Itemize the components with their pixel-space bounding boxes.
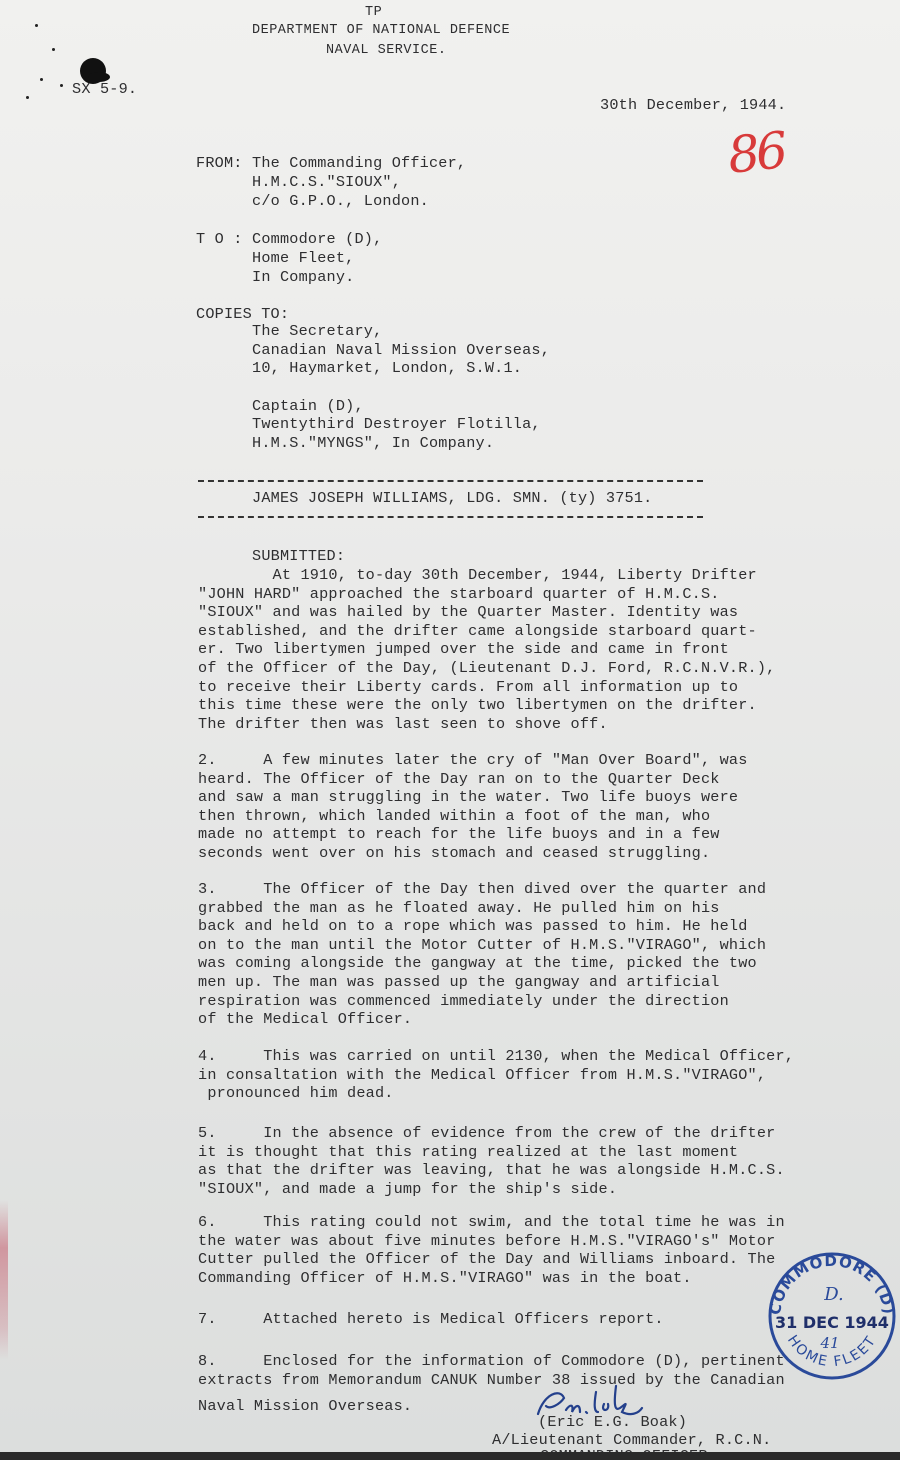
to-label: T O :: [196, 230, 243, 248]
paragraph-line: the water was about five minutes before …: [198, 1232, 775, 1250]
speck: [60, 84, 63, 87]
paragraph-line: it is thought that this rating realized …: [198, 1143, 738, 1161]
stamp-initial: D.: [823, 1284, 844, 1305]
copies-line: Twentythird Destroyer Flotilla,: [252, 415, 541, 433]
paragraph-line: Cutter pulled the Officer of the Day and…: [198, 1250, 775, 1268]
divider-line: [198, 516, 703, 518]
to-line: In Company.: [252, 268, 354, 286]
copies-line: Captain (D),: [252, 397, 364, 415]
paragraph-line: seconds went over on his stomach and cea…: [198, 844, 710, 862]
copies-label: COPIES TO:: [196, 305, 289, 323]
handwritten-number: 86: [726, 125, 787, 181]
paragraph-line: this time these were the only two libert…: [198, 696, 757, 714]
speck: [40, 78, 43, 81]
paragraph-line: Commanding Officer of H.M.S."VIRAGO" was…: [198, 1269, 692, 1287]
paragraph-line: to receive their Liberty cards. From all…: [198, 678, 738, 696]
paragraph-line: 4. This was carried on until 2130, when …: [198, 1047, 794, 1065]
paragraph-line: established, and the drifter came alongs…: [198, 622, 757, 640]
divider-line: [198, 480, 703, 482]
stamp-number: 41: [819, 1334, 839, 1352]
paragraph-line: 2. A few minutes later the cry of "Man O…: [198, 751, 748, 769]
from-line: H.M.C.S."SIOUX",: [252, 173, 401, 191]
to-line: Home Fleet,: [252, 249, 354, 267]
copies-line: Canadian Naval Mission Overseas,: [252, 341, 550, 359]
submitted-label: SUBMITTED:: [252, 547, 345, 565]
paragraph-line: men up. The man was passed up the gangwa…: [198, 973, 720, 991]
paragraph-line: of the Officer of the Day, (Lieutenant D…: [198, 659, 775, 677]
speck: [26, 96, 29, 99]
from-line: c/o G.P.O., London.: [252, 192, 429, 210]
document-page: TP DEPARTMENT OF NATIONAL DEFENCE NAVAL …: [0, 0, 900, 1452]
page-bottom-edge: [0, 1452, 900, 1460]
paragraph-line: Naval Mission Overseas.: [198, 1397, 412, 1415]
document-date: 30th December, 1944.: [600, 96, 786, 114]
paragraph-line: The drifter then was last seen to shove …: [198, 715, 608, 733]
paragraph-line: At 1910, to-day 30th December, 1944, Lib…: [198, 566, 757, 584]
file-reference: SX 5-9.: [72, 80, 137, 98]
speck: [52, 48, 55, 51]
to-line: Commodore (D),: [252, 230, 382, 248]
signatory-name: (Eric E.G. Boak): [538, 1413, 687, 1431]
paragraph-line: 6. This rating could not swim, and the t…: [198, 1213, 785, 1231]
edge-stain: [0, 1200, 8, 1360]
copies-line: The Secretary,: [252, 322, 382, 340]
paragraph-line: er. Two libertymen jumped over the side …: [198, 640, 729, 658]
department-title: DEPARTMENT OF NATIONAL DEFENCE: [252, 22, 510, 40]
from-label: FROM:: [196, 154, 243, 172]
paragraph-line: 7. Attached hereto is Medical Officers r…: [198, 1310, 664, 1328]
copies-line: H.M.S."MYNGS", In Company.: [252, 434, 494, 452]
paragraph-line: back and held on to a rope which was pas…: [198, 917, 748, 935]
paragraph-line: made no attempt to reach for the life bu…: [198, 825, 720, 843]
paragraph-line: 3. The Officer of the Day then dived ove…: [198, 880, 766, 898]
paragraph-line: then thrown, which landed within a foot …: [198, 807, 710, 825]
paragraph-line: grabbed the man as he floated away. He p…: [198, 899, 720, 917]
paragraph-line: pronounced him dead.: [198, 1084, 394, 1102]
service-title: NAVAL SERVICE.: [326, 42, 446, 60]
speck: [35, 24, 38, 27]
copies-line: 10, Haymarket, London, S.W.1.: [252, 359, 522, 377]
header-mark: TP: [365, 4, 382, 22]
paragraph-line: "JOHN HARD" approached the starboard qua…: [198, 585, 720, 603]
stamp-date: 31 DEC 1944: [775, 1313, 889, 1332]
paragraph-line: heard. The Officer of the Day ran on to …: [198, 770, 720, 788]
paragraph-line: on to the man until the Motor Cutter of …: [198, 936, 766, 954]
paragraph-line: 8. Enclosed for the information of Commo…: [198, 1352, 785, 1370]
paragraph-line: respiration was commenced immediately un…: [198, 992, 729, 1010]
paragraph-line: and saw a man struggling in the water. T…: [198, 788, 738, 806]
commodore-received-stamp: COMMODORE (D) HOME FLEET D. 31 DEC 1944 …: [762, 1248, 900, 1380]
paragraph-line: extracts from Memorandum CANUK Number 38…: [198, 1371, 785, 1389]
paragraph-line: was coming alongside the gangway at the …: [198, 954, 757, 972]
paragraph-line: as that the drifter was leaving, that he…: [198, 1161, 785, 1179]
paragraph-line: in consaltation with the Medical Officer…: [198, 1066, 766, 1084]
subject-line: JAMES JOSEPH WILLIAMS, LDG. SMN. (ty) 37…: [252, 489, 653, 507]
paragraph-line: "SIOUX" and was hailed by the Quarter Ma…: [198, 603, 738, 621]
paragraph-line: 5. In the absence of evidence from the c…: [198, 1124, 775, 1142]
paragraph-line: "SIOUX", and made a jump for the ship's …: [198, 1180, 617, 1198]
from-line: The Commanding Officer,: [252, 154, 466, 172]
paragraph-line: of the Medical Officer.: [198, 1010, 412, 1028]
